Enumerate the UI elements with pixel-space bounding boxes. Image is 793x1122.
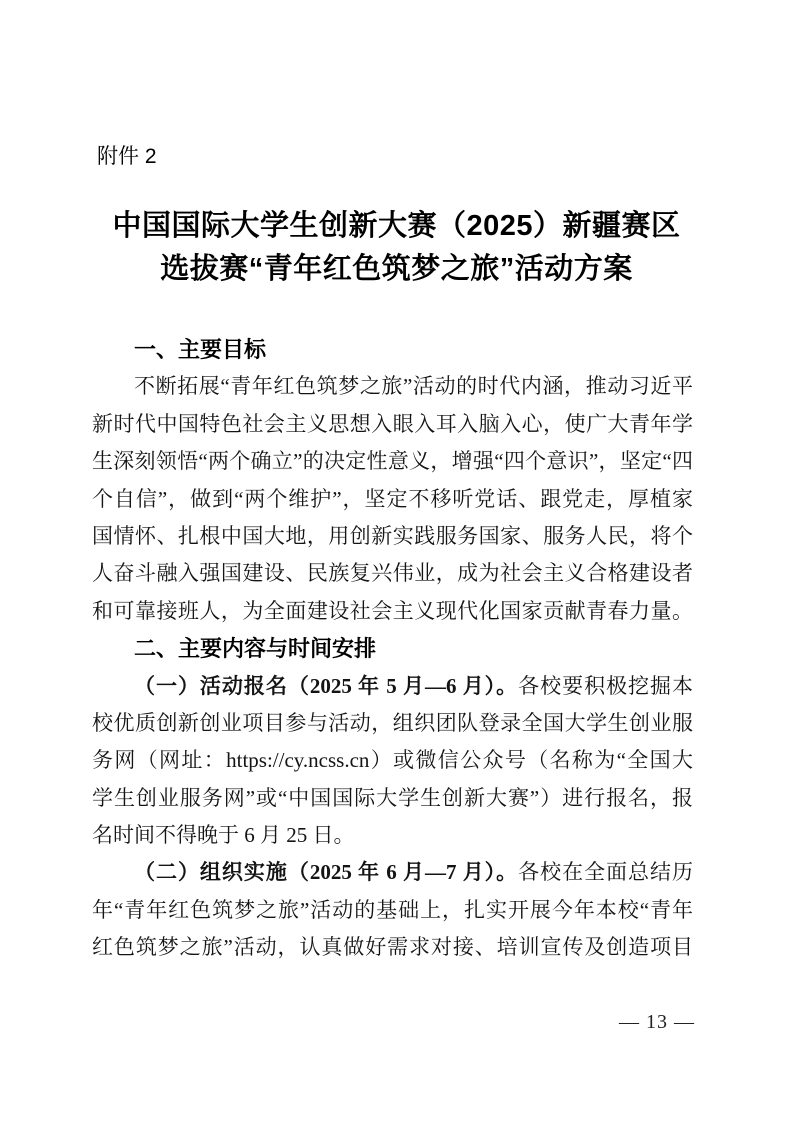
- text-line: 不断拓展“青年红色筑梦之旅”活动的时代内涵，推动习近平: [92, 368, 693, 405]
- text-line: 校优质创新创业项目参与活动，组织团队登录全国大学生创业服: [92, 705, 693, 742]
- paragraph-text: 新时代中国特色社会主义思想入眼入耳入脑入心，使广大青年学: [92, 412, 693, 436]
- paragraph-lead-text: （二）组织实施（2025 年 6 月—7 月）。: [134, 860, 518, 884]
- text-line: （二）组织实施（2025 年 6 月—7 月）。各校在全面总结历: [92, 854, 693, 891]
- document-page: 附件 2 中国国际大学生创新大赛（2025）新疆赛区 选拔赛“青年红色筑梦之旅”…: [0, 0, 793, 1122]
- text-line: （一）活动报名（2025 年 5 月—6 月）。各校要积极挖掘本: [92, 668, 693, 705]
- text-line: 年“青年红色筑梦之旅”活动的基础上，扎实开展今年本校“青年: [92, 892, 693, 929]
- document-title: 中国国际大学生创新大赛（2025）新疆赛区 选拔赛“青年红色筑梦之旅”活动方案: [92, 205, 701, 291]
- section-heading: 二、主要内容与时间安排: [92, 630, 693, 667]
- page-number: — 13 —: [619, 1011, 695, 1034]
- text-line: 国情怀、扎根中国大地，用创新实践服务国家、服务人民，将个: [92, 518, 693, 555]
- paragraph-text: 务网（网址：https://cy.ncss.cn）或微信公众号（名称为“全国大: [92, 748, 693, 772]
- paragraph-text: 校优质创新创业项目参与活动，组织团队登录全国大学生创业服: [92, 711, 693, 735]
- text-line: 人奋斗融入强国建设、民族复兴伟业，成为社会主义合格建设者: [92, 555, 693, 592]
- section-heading: 一、主要目标: [92, 331, 693, 368]
- text-line: 个自信”，做到“两个维护”，坚定不移听党话、跟党走，厚植家: [92, 481, 693, 518]
- text-line: 务网（网址：https://cy.ncss.cn）或微信公众号（名称为“全国大: [92, 742, 693, 779]
- text-line: 名时间不得晚于 6 月 25 日。: [92, 817, 693, 854]
- text-line: 新时代中国特色社会主义思想入眼入耳入脑入心，使广大青年学: [92, 406, 693, 443]
- text-line: 生深刻领悟“两个确立”的决定性意义，增强“四个意识”，坚定“四: [92, 443, 693, 480]
- paragraph-text: 学生创业服务网”或“中国国际大学生创新大赛”）进行报名，报: [92, 786, 693, 810]
- paragraph-text: 国情怀、扎根中国大地，用创新实践服务国家、服务人民，将个: [92, 524, 693, 548]
- text-line: 红色筑梦之旅”活动，认真做好需求对接、培训宣传及创造项目: [92, 929, 693, 966]
- paragraph-text: 各校在全面总结历: [518, 860, 693, 884]
- paragraph-text: 不断拓展“青年红色筑梦之旅”活动的时代内涵，推动习近平: [134, 374, 693, 398]
- paragraph-text: 各校要积极挖掘本: [518, 674, 693, 698]
- text-line: 学生创业服务网”或“中国国际大学生创新大赛”）进行报名，报: [92, 780, 693, 817]
- paragraph-text: 人奋斗融入强国建设、民族复兴伟业，成为社会主义合格建设者: [92, 561, 693, 585]
- paragraph-text: 个自信”，做到“两个维护”，坚定不移听党话、跟党走，厚植家: [92, 487, 693, 511]
- paragraph-text: 和可靠接班人，为全面建设社会主义现代化国家贡献青春力量。: [92, 599, 693, 623]
- paragraph-text: 生深刻领悟“两个确立”的决定性意义，增强“四个意识”，坚定“四: [92, 449, 693, 473]
- text-line: 和可靠接班人，为全面建设社会主义现代化国家贡献青春力量。: [92, 593, 693, 630]
- paragraph-lead-text: （一）活动报名（2025 年 5 月—6 月）。: [134, 674, 518, 698]
- title-line-1: 中国国际大学生创新大赛（2025）新疆赛区: [92, 205, 701, 248]
- paragraph-text: 年“青年红色筑梦之旅”活动的基础上，扎实开展今年本校“青年: [92, 898, 693, 922]
- attachment-label: 附件 2: [97, 143, 157, 171]
- document-body: 一、主要目标不断拓展“青年红色筑梦之旅”活动的时代内涵，推动习近平新时代中国特色…: [92, 331, 693, 967]
- paragraph-text: 红色筑梦之旅”活动，认真做好需求对接、培训宣传及创造项目: [92, 935, 693, 959]
- title-line-2: 选拔赛“青年红色筑梦之旅”活动方案: [92, 248, 701, 291]
- paragraph-text: 名时间不得晚于 6 月 25 日。: [92, 823, 355, 847]
